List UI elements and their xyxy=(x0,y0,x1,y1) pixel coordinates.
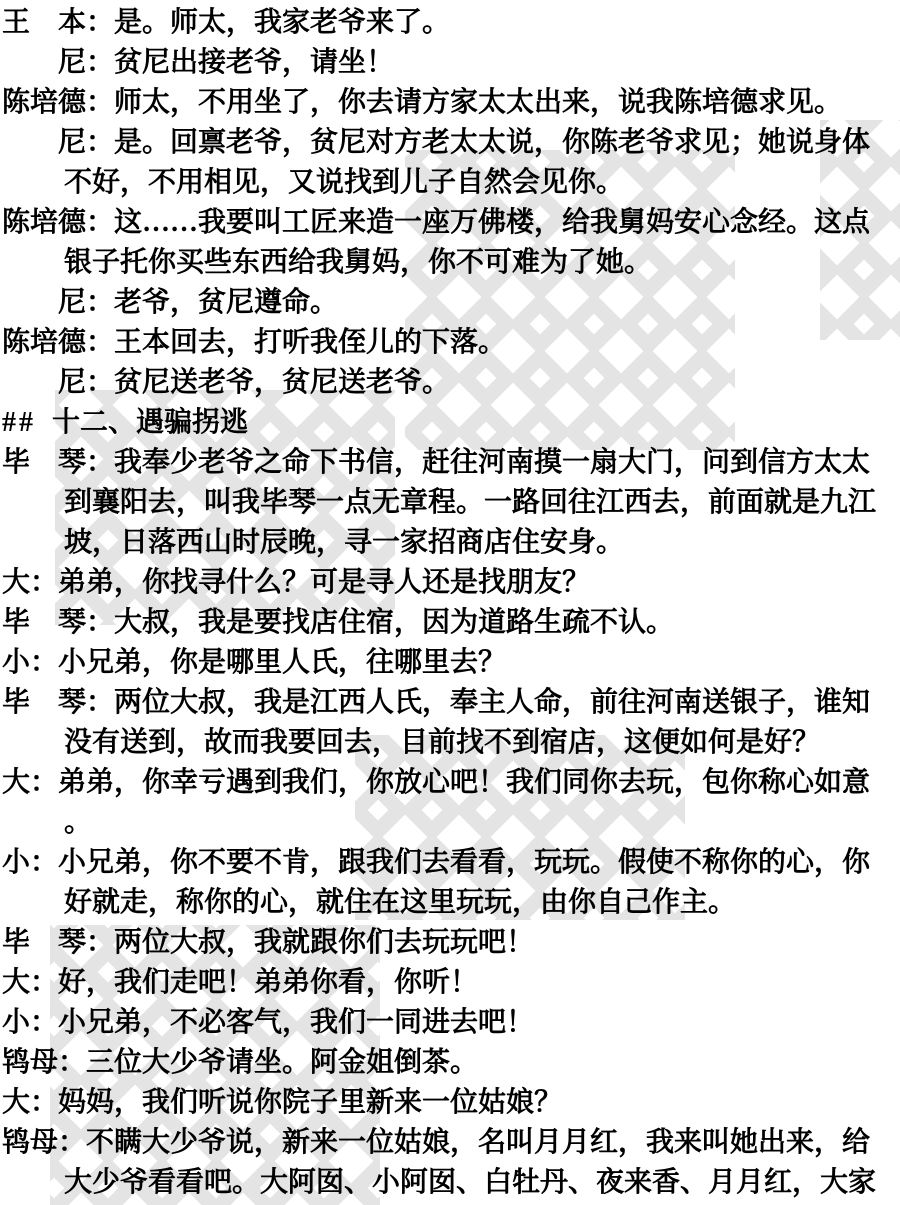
line-text: 好，我们走吧！弟弟你看，你听！ xyxy=(58,967,478,998)
line-text: 弟弟，你幸亏遇到我们，你放心吧！我们同你去玩，包你称心如意 xyxy=(58,767,870,798)
speaker-label: 毕 琴： xyxy=(2,687,114,718)
script-line: 大：好，我们走吧！弟弟你看，你听！ xyxy=(2,963,900,1003)
script-line: 陈培德：王本回去，打听我侄儿的下落。 xyxy=(2,323,900,363)
speaker-label: 尼： xyxy=(2,127,114,158)
script-line: 尼：贫尼送老爷，贫尼送老爷。 xyxy=(2,363,900,403)
heading-text: 十二、遇骗拐逃 xyxy=(52,407,248,438)
line-text: 大叔，我是要找店住宿，因为道路生疏不认。 xyxy=(114,607,674,638)
speaker-label: 大： xyxy=(2,967,58,998)
script-line: 尼：贫尼出接老爷，请坐！ xyxy=(2,43,900,83)
script-line: 大：弟弟，你找寻什么？可是寻人还是找朋友？ xyxy=(2,563,900,603)
line-text: 小兄弟，不必客气，我们一同进去吧！ xyxy=(58,1007,534,1038)
speaker-label: 大： xyxy=(2,767,58,798)
line-text: 小兄弟，你不要不肯，跟我们去看看，玩玩。假使不称你的心，你 xyxy=(58,847,870,878)
line-text: 。 xyxy=(64,807,92,838)
speaker-label: 毕 琴： xyxy=(2,447,114,478)
speaker-label: 大： xyxy=(2,567,58,598)
script-line: 小：小兄弟，不必客气，我们一同进去吧！ xyxy=(2,1003,900,1043)
script-line: 大少爷看看吧。大阿囡、小阿囡、白牡丹、夜来香、月月红，大家 xyxy=(2,1163,900,1203)
speaker-label: 小： xyxy=(2,1007,58,1038)
line-text: 师太，不用坐了，你去请方家太太出来，说我陈培德求见。 xyxy=(114,87,842,118)
script-line: 大：妈妈，我们听说你院子里新来一位姑娘？ xyxy=(2,1083,900,1123)
line-text: 两位大叔，我是江西人氏，奉主人命，前往河南送银子，谁知 xyxy=(114,687,870,718)
script-line: 好就走，称你的心，就住在这里玩玩，由你自己作主。 xyxy=(2,883,900,923)
speaker-label: 小： xyxy=(2,847,58,878)
script-line: 毕 琴：两位大叔，我就跟你们去玩玩吧！ xyxy=(2,923,900,963)
speaker-label: 王 本： xyxy=(2,7,114,38)
speaker-label: 小： xyxy=(2,647,58,678)
script-line: 毕 琴：两位大叔，我是江西人氏，奉主人命，前往河南送银子，谁知 xyxy=(2,683,900,723)
line-text: 坡，日落西山时辰晚，寻一家招商店住安身。 xyxy=(64,527,624,558)
line-text: 王本回去，打听我侄儿的下落。 xyxy=(114,327,506,358)
line-text: 贫尼送老爷，贫尼送老爷。 xyxy=(114,367,450,398)
line-text: 三位大少爷请坐。阿金姐倒茶。 xyxy=(86,1047,478,1078)
line-text: 弟弟，你找寻什么？可是寻人还是找朋友？ xyxy=(58,567,590,598)
script-line: 陈培德：这……我要叫工匠来造一座万佛楼，给我舅妈安心念经。这点 xyxy=(2,203,900,243)
line-text: 贫尼出接老爷，请坐！ xyxy=(114,47,394,78)
speaker-label: 尼： xyxy=(2,47,114,78)
heading-marker: ## xyxy=(2,407,36,438)
script-line: 小：小兄弟，你不要不肯，跟我们去看看，玩玩。假使不称你的心，你 xyxy=(2,843,900,883)
line-text: 好就走，称你的心，就住在这里玩玩，由你自己作主。 xyxy=(64,887,736,918)
line-text: 不好，不用相见，又说找到儿子自然会见你。 xyxy=(64,167,624,198)
script-line: 到襄阳去，叫我毕琴一点无章程。一路回往江西去，前面就是九江 xyxy=(2,483,900,523)
section-heading: ##十二、遇骗拐逃 xyxy=(2,403,900,443)
line-text: 是。师太，我家老爷来了。 xyxy=(114,7,450,38)
line-text: 没有送到，故而我要回去，目前找不到宿店，这便如何是好？ xyxy=(64,727,820,758)
script-page: 王 本：是。师太，我家老爷来了。 尼：贫尼出接老爷，请坐！陈培德：师太，不用坐了… xyxy=(0,0,900,1205)
script-line: 鸨母：三位大少爷请坐。阿金姐倒茶。 xyxy=(2,1043,900,1083)
script-line: 。 xyxy=(2,803,900,843)
script-line: 不好，不用相见，又说找到儿子自然会见你。 xyxy=(2,163,900,203)
line-text: 我奉少老爷之命下书信，赶往河南摸一扇大门，问到信方太太 xyxy=(114,447,870,478)
speaker-label: 毕 琴： xyxy=(2,927,114,958)
line-text: 大少爷看看吧。大阿囡、小阿囡、白牡丹、夜来香、月月红，大家 xyxy=(64,1167,876,1198)
script-line: 毕 琴：我奉少老爷之命下书信，赶往河南摸一扇大门，问到信方太太 xyxy=(2,443,900,483)
script-line: 没有送到，故而我要回去，目前找不到宿店，这便如何是好？ xyxy=(2,723,900,763)
script-line: 毕 琴：大叔，我是要找店住宿，因为道路生疏不认。 xyxy=(2,603,900,643)
speaker-label: 陈培德： xyxy=(2,327,114,358)
line-text: 老爷，贫尼遵命。 xyxy=(114,287,338,318)
script-line: 坡，日落西山时辰晚，寻一家招商店住安身。 xyxy=(2,523,900,563)
speaker-label: 尼： xyxy=(2,287,114,318)
script-line: 陈培德：师太，不用坐了，你去请方家太太出来，说我陈培德求见。 xyxy=(2,83,900,123)
line-text: 小兄弟，你是哪里人氏，往哪里去？ xyxy=(58,647,506,678)
line-text: 不瞒大少爷说，新来一位姑娘，名叫月月红，我来叫她出来，给 xyxy=(86,1127,870,1158)
line-text: 是。回禀老爷，贫尼对方老太太说，你陈老爷求见；她说身体 xyxy=(114,127,870,158)
script-lines: 王 本：是。师太，我家老爷来了。 尼：贫尼出接老爷，请坐！陈培德：师太，不用坐了… xyxy=(0,0,900,1203)
script-line: 尼：是。回禀老爷，贫尼对方老太太说，你陈老爷求见；她说身体 xyxy=(2,123,900,163)
speaker-label: 尼： xyxy=(2,367,114,398)
speaker-label: 陈培德： xyxy=(2,87,114,118)
speaker-label: 陈培德： xyxy=(2,207,114,238)
line-text: 两位大叔，我就跟你们去玩玩吧！ xyxy=(114,927,534,958)
script-line: 尼：老爷，贫尼遵命。 xyxy=(2,283,900,323)
speaker-label: 鸨母： xyxy=(2,1047,86,1078)
line-text: 到襄阳去，叫我毕琴一点无章程。一路回往江西去，前面就是九江 xyxy=(64,487,876,518)
script-line: 大：弟弟，你幸亏遇到我们，你放心吧！我们同你去玩，包你称心如意 xyxy=(2,763,900,803)
speaker-label: 鸨母： xyxy=(2,1127,86,1158)
line-text: 银子托你买些东西给我舅妈，你不可难为了她。 xyxy=(64,247,652,278)
script-line: 王 本：是。师太，我家老爷来了。 xyxy=(2,3,900,43)
speaker-label: 大： xyxy=(2,1087,58,1118)
line-text: 妈妈，我们听说你院子里新来一位姑娘？ xyxy=(58,1087,562,1118)
script-line: 小：小兄弟，你是哪里人氏，往哪里去？ xyxy=(2,643,900,683)
script-line: 鸨母：不瞒大少爷说，新来一位姑娘，名叫月月红，我来叫她出来，给 xyxy=(2,1123,900,1163)
script-line: 银子托你买些东西给我舅妈，你不可难为了她。 xyxy=(2,243,900,283)
speaker-label: 毕 琴： xyxy=(2,607,114,638)
line-text: 这……我要叫工匠来造一座万佛楼，给我舅妈安心念经。这点 xyxy=(114,207,870,238)
